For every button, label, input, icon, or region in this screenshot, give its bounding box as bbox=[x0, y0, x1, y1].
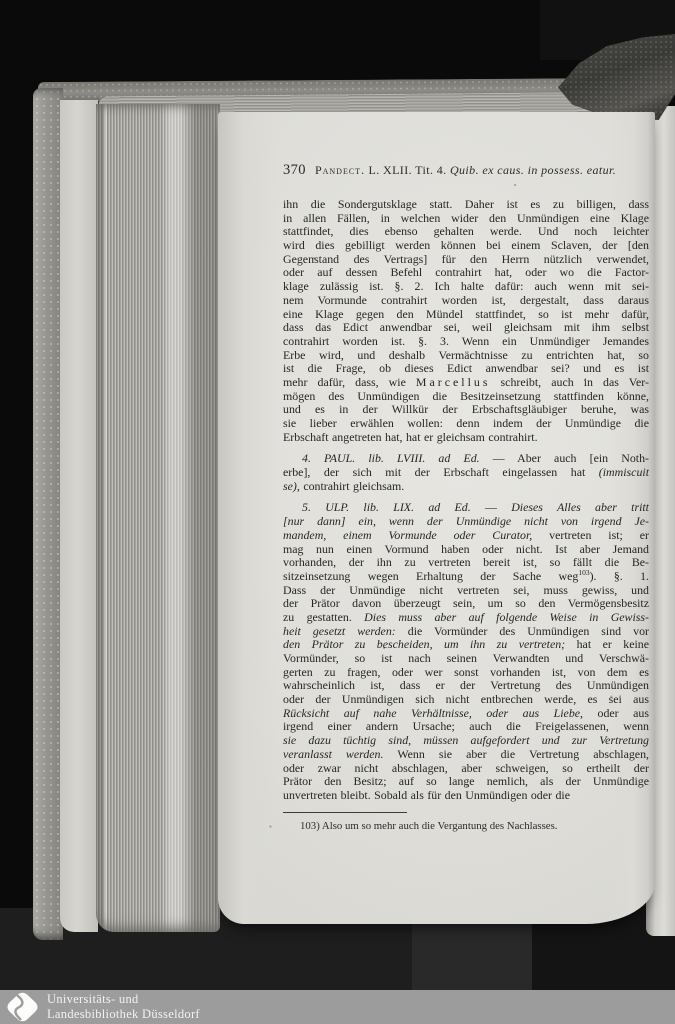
text-line: stattfindet, dies ebenso gehalten werde.… bbox=[283, 225, 649, 239]
text-line: irgend einer andern Ursache; auch die Fr… bbox=[283, 720, 649, 734]
text-line: sie dazu tüchtig sind, müssen aufgeforde… bbox=[283, 734, 649, 748]
text-line: dass das Edict anwendbar sei, weil gleic… bbox=[283, 321, 649, 335]
page-number: 370 bbox=[283, 162, 306, 178]
text-line: mandem, einem Vormunde oder Curator, ver… bbox=[283, 529, 649, 543]
library-name: Universitäts- und Landesbibliothek Düsse… bbox=[47, 992, 200, 1022]
text-line: nem Vormunde contrahirt worden ist, derg… bbox=[283, 294, 649, 308]
text-line: ihn die Sondergutsklage statt. Daher ist… bbox=[283, 198, 649, 212]
library-name-line2: Landesbibliothek Düsseldorf bbox=[47, 1007, 200, 1022]
text-line: [nur dann] ein, wenn der Unmündige nicht… bbox=[283, 515, 649, 529]
text-line: ist die Frage, ob dieses Edict anwendbar… bbox=[283, 362, 649, 376]
text-line: in allen Fällen, in welchen wider den Un… bbox=[283, 212, 649, 226]
footnote-rule bbox=[283, 812, 407, 813]
footnote-text: 103) Also um so mehr auch die Vergantung… bbox=[283, 820, 649, 832]
text-line: 5. ULP. lib. LIX. ad Ed. — Dieses Alles … bbox=[283, 501, 649, 515]
text-line: der Prätor davon überzeugt sein, um so d… bbox=[283, 597, 649, 611]
library-name-line1: Universitäts- und bbox=[47, 992, 200, 1007]
page-stack-fore-edge bbox=[96, 104, 220, 932]
text-line: klage zulässig ist. §. 2. Ich halte dafü… bbox=[283, 280, 649, 294]
text-line: mehr dafür, dass, wie Marcellus schreibt… bbox=[283, 376, 649, 390]
text-line: eine Klage gegen den Mündel stattfindet,… bbox=[283, 308, 649, 322]
text-line: und es in der Willkür der Erbschaftsgläu… bbox=[283, 403, 649, 417]
running-title-latin: Quib. ex caus. in possess. eatur. bbox=[450, 163, 616, 177]
book-cover-left-edge bbox=[33, 88, 63, 940]
text-line: erbe], der sich mit der Erbschaft eingel… bbox=[283, 466, 649, 480]
text-line: se), contrahirt gleichsam. bbox=[283, 480, 649, 494]
book-endpaper-strip bbox=[60, 100, 98, 932]
book-scan-scene: 370Pandect. L. XLII. Tit. 4. Quib. ex ca… bbox=[0, 0, 675, 1024]
footnote-block: 103) Also um so mehr auch die Vergantung… bbox=[283, 812, 649, 832]
text-column: 370Pandect. L. XLII. Tit. 4. Quib. ex ca… bbox=[283, 162, 649, 832]
text-line: 4. PAUL. lib. LVIII. ad Ed. — Aber auch … bbox=[283, 452, 649, 466]
text-line: Vormünder, so ist nach seinen Verwandten… bbox=[283, 652, 649, 666]
library-banner: Universitäts- und Landesbibliothek Düsse… bbox=[0, 990, 675, 1024]
text-line: oder auf dessen Befehl contrahirt hat, o… bbox=[283, 266, 649, 280]
text-line: Erbe wird, und deshalb Vermächtnisse zu … bbox=[283, 349, 649, 363]
text-line: mag nun einen Vormund haben oder nicht. … bbox=[283, 543, 649, 557]
text-line: Erbschaft angetreten hat, hat er gleichs… bbox=[283, 431, 649, 445]
text-line: Dass der Unmündige nicht vertreten sei, … bbox=[283, 584, 649, 598]
page-body: ihn die Sondergutsklage statt. Daher ist… bbox=[283, 198, 649, 803]
running-head: 370Pandect. L. XLII. Tit. 4. Quib. ex ca… bbox=[283, 162, 649, 179]
text-line: den Prätor zu bescheiden, um ihn zu vert… bbox=[283, 638, 649, 652]
text-line: sitzeinsetzung wegen Erhaltung der Sache… bbox=[283, 570, 649, 584]
text-line: zu gestatten. Dies muss aber auf folgend… bbox=[283, 611, 649, 625]
text-line: Gegenstand des Vertrags] für den Herrn n… bbox=[283, 253, 649, 267]
text-line: veranlasst werden. Wenn sie aber die Ver… bbox=[283, 748, 649, 762]
text-line: gerten zu fragen, oder wer sonst vorhand… bbox=[283, 666, 649, 680]
text-line: wahrscheinlich ist, dass er der Vertretu… bbox=[283, 679, 649, 693]
text-line: mögen des Unmündigen die Besitzeinsetzun… bbox=[283, 390, 649, 404]
paragraph: 4. PAUL. lib. LVIII. ad Ed. — Aber auch … bbox=[283, 452, 649, 493]
text-line: heit gesetzt werden: die Vormünder des U… bbox=[283, 625, 649, 639]
ulb-duesseldorf-logo-icon bbox=[6, 992, 39, 1022]
running-title-caps: Pandect. bbox=[315, 163, 365, 177]
paragraph: ihn die Sondergutsklage statt. Daher ist… bbox=[283, 198, 649, 444]
text-line: contrahirt worden ist. §. 3. Wenn ein Un… bbox=[283, 335, 649, 349]
text-line: Prätor den Besitz; auf so lange nemlich,… bbox=[283, 775, 649, 789]
text-line: sie lieber erwählen wollen: denn indem d… bbox=[283, 417, 649, 431]
text-line: oder zwar nicht abschlagen, aber schweig… bbox=[283, 762, 649, 776]
running-title-mid: L. XLII. Tit. 4. bbox=[365, 163, 450, 177]
text-line: vorhanden, der ihn zu vertreten bereit i… bbox=[283, 556, 649, 570]
scanned-page: 370Pandect. L. XLII. Tit. 4. Quib. ex ca… bbox=[218, 112, 655, 924]
text-line: unvertreten bleibt. Sobald als für den U… bbox=[283, 789, 649, 803]
text-line: Rücksicht auf nahe Verhältnisse, oder au… bbox=[283, 707, 649, 721]
paragraph: 5. ULP. lib. LIX. ad Ed. — Dieses Alles … bbox=[283, 501, 649, 802]
text-line: oder der Unmündigen sich nicht entbreche… bbox=[283, 693, 649, 707]
text-line: wird dies gebilligt werden können bei ei… bbox=[283, 239, 649, 253]
